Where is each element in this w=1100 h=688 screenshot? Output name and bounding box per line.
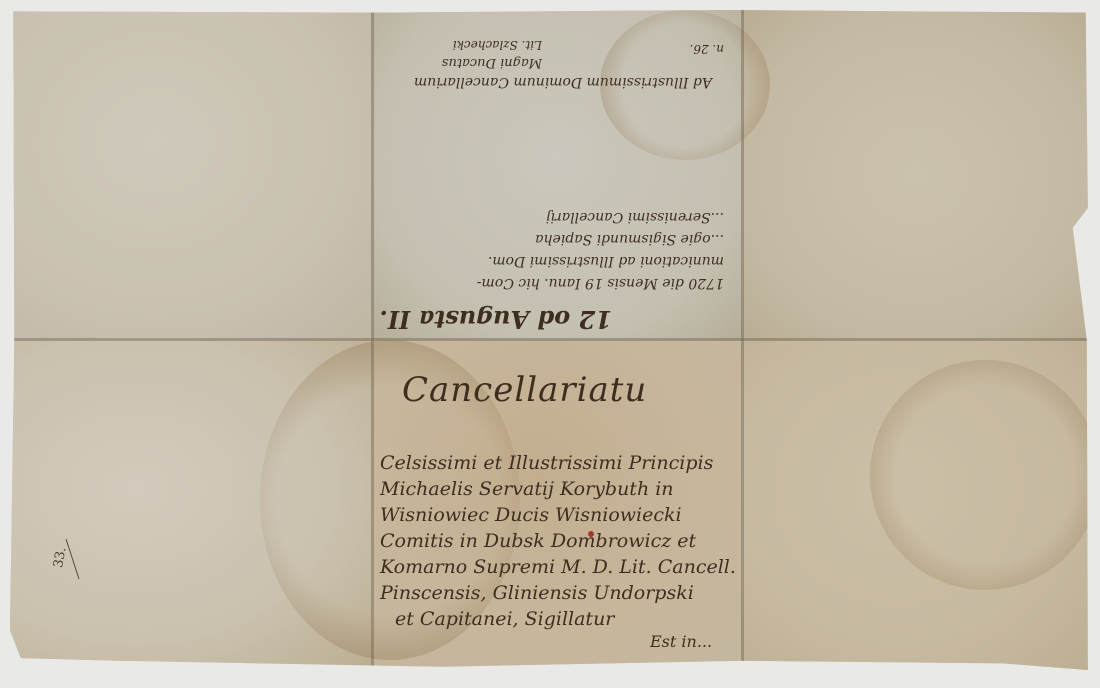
upside-heading: 12 od Augusta II. [379, 305, 612, 334]
address-line: et Capitanei, Sigillatur [395, 606, 614, 632]
upside-top-line: Ad Illustrissimum Dominum Cancellarium [414, 74, 712, 90]
upside-top-line: n. 26. [690, 42, 724, 56]
address-line: Michaelis Servatij Korybuth in [380, 476, 674, 502]
address-title: Cancellariatu [402, 370, 647, 410]
upside-down-notes: 12 od Augusta II. 1720 die Mensis 19 Ian… [382, 24, 732, 342]
ink-spot [588, 531, 594, 537]
document-viewer: 12 od Augusta II. 1720 die Mensis 19 Ian… [0, 0, 1100, 688]
address-line: Pinscensis, Gliniensis Undorpski [380, 580, 694, 606]
upside-line: ...Serenissimi Cancellarij [546, 204, 724, 230]
upside-top-line: Magni Ducatus [442, 55, 542, 70]
address-trailing: Est in... [650, 632, 712, 651]
address-line: Comitis in Dubsk Dombrowicz et [380, 528, 696, 554]
panel-top-right [742, 10, 1090, 340]
manuscript-sheet: 12 od Augusta II. 1720 die Mensis 19 Ian… [10, 10, 1090, 670]
upside-top-line: Lit. Szlachecki [453, 38, 542, 52]
address-line: Komarno Supremi M. D. Lit. Cancell. [380, 554, 736, 580]
address-line: Celsissimi et Illustrissimi Principis [380, 450, 713, 476]
water-stain [870, 360, 1100, 590]
address-line: Wisniowiec Ducis Wisniowiecki [380, 502, 682, 528]
panel-top-left [10, 10, 372, 340]
